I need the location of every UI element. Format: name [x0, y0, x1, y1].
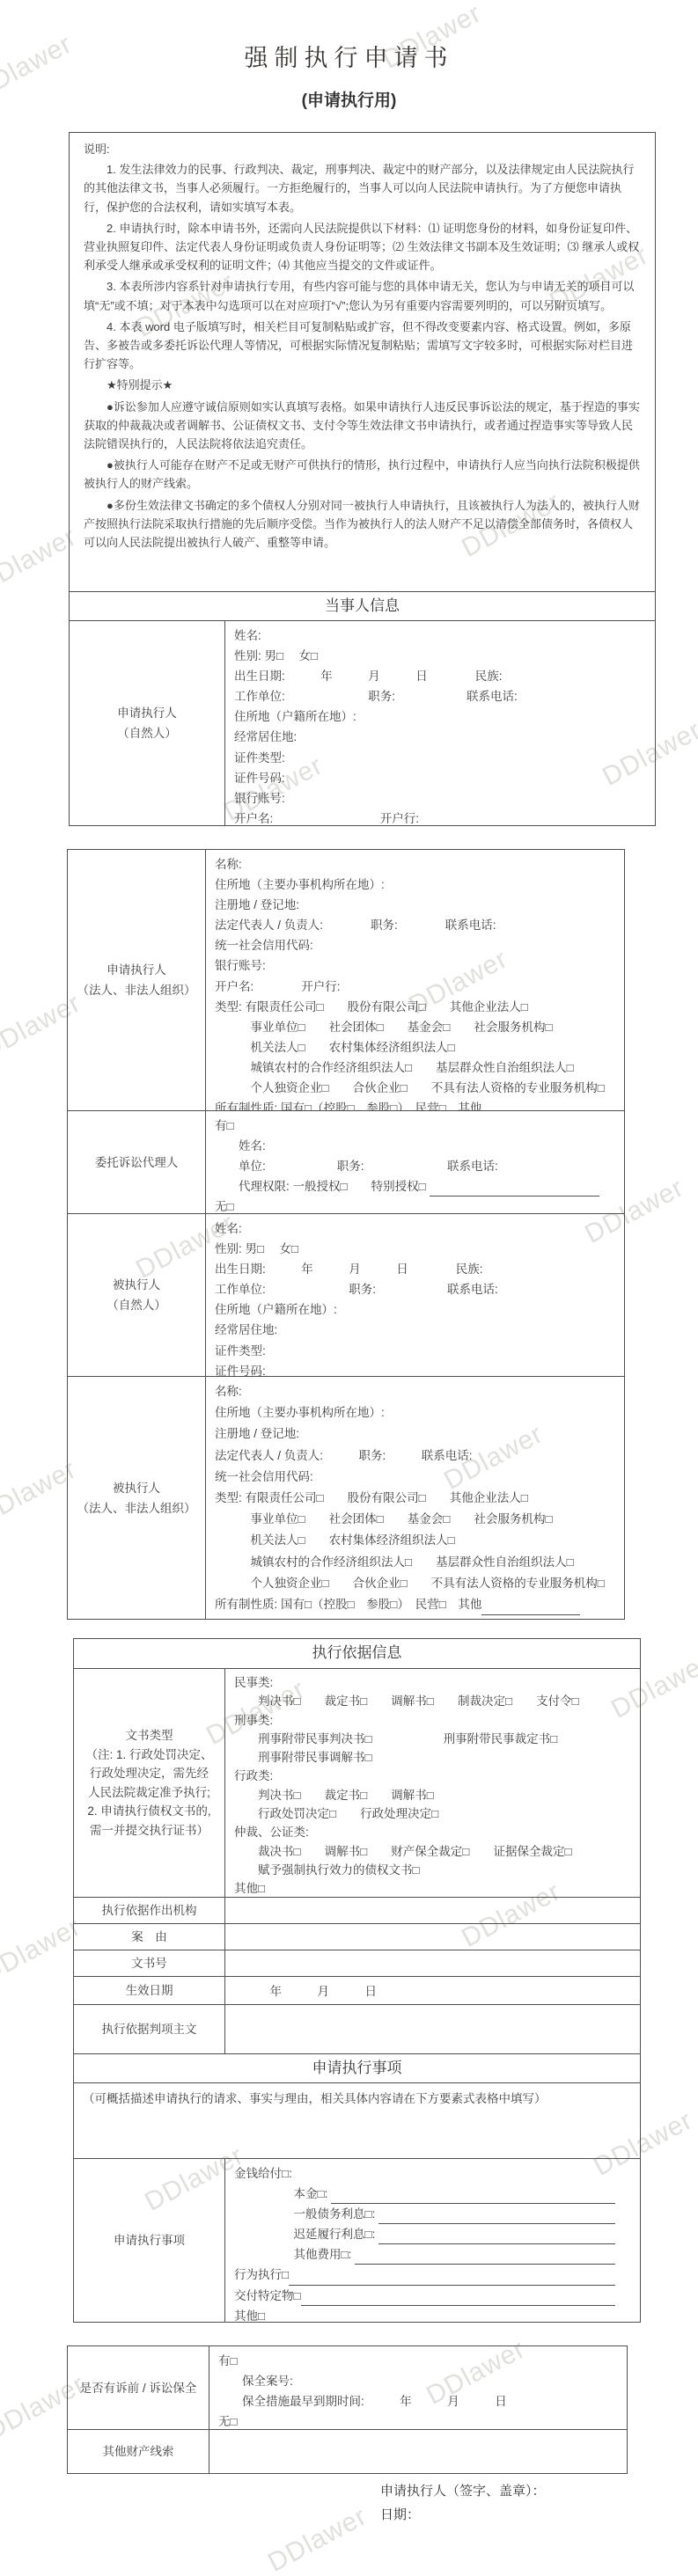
form-line-text: 行为执行□ — [234, 2265, 289, 2285]
form-line: 统一社会信用代码: — [215, 1467, 614, 1488]
form-line-text: 住所地（主要办事机构所在地）: — [215, 1402, 385, 1423]
agent-row: 委托诉讼代理人 有□ 姓名: 单位: 职务: 联系电话: 代理权限: 一般授权□… — [68, 1110, 624, 1213]
form-line-text: 被执行人 — [113, 1278, 160, 1292]
doc-number-label: 文书号 — [74, 1950, 225, 1976]
agent-label: 委托诉讼代理人 — [68, 1111, 206, 1213]
blank-underline — [481, 1104, 580, 1110]
form-line-text: 民事类: — [234, 1673, 273, 1692]
form-line: 法定代表人 / 负责人: 职务: 联系电话: — [215, 1445, 614, 1467]
items-fields: 金钱给付□: 本金□: 一般债务利息□: 迟延履行利息□: 其他费用□: 行为执… — [225, 2159, 640, 2322]
form-line: 刑事附带民事调解书□ — [234, 1748, 629, 1767]
form-line-text: 保全案号: — [218, 2371, 293, 2391]
page-subtitle: (申请执行用) — [0, 87, 698, 111]
signature-date-line: 日期： — [380, 2503, 546, 2527]
form-line-text: 有□ — [218, 2351, 238, 2371]
form-line-text: 开户名: 开户行: — [215, 977, 341, 997]
preservation-label: 是否有诉前 / 诉讼保全 — [68, 2346, 209, 2429]
form-line: 法定代表人 / 负责人: 职务: 联系电话: — [215, 915, 614, 935]
form-line: 性别: 男□ 女□ — [215, 1239, 614, 1259]
respondent-corp-row: 被执行人（法人、非法人组织） 名称:住所地（主要办事机构所在地）:注册地 / 登… — [68, 1376, 624, 1619]
signature-block: 申请执行人（签字、盖章）： 日期： — [380, 2479, 546, 2527]
form-line: （法人、非法人组织） — [77, 980, 196, 1000]
form-line: 其他□ — [234, 2306, 629, 2322]
form-line-text: 性别: 男□ 女□ — [215, 1239, 298, 1259]
form-line-text: 经常居住地: — [215, 1320, 277, 1340]
form-line: 行政处理决定，需先经 — [90, 1764, 209, 1783]
form-line: 刑事附带民事判决书□ 刑事附带民事裁定书□ — [234, 1730, 629, 1748]
form-line-text: 申请执行人 — [107, 963, 166, 977]
form-line: 工作单位: 职务: 联系电话: — [215, 1279, 614, 1299]
form-line-text: 保全措施最早到期时间: 年 月 日 — [218, 2391, 507, 2411]
form-line: 迟延履行利息□: — [234, 2224, 629, 2244]
form-line: 行为执行□ — [234, 2265, 629, 2285]
form-line: 申请执行人 — [117, 703, 177, 723]
form-line: 姓名: — [215, 1218, 614, 1239]
effective-date-value: 年 月 日 — [225, 1977, 640, 2004]
blank-underline — [378, 2210, 615, 2225]
form-line: （法人、非法人组织） — [77, 1498, 196, 1519]
issuing-authority-label: 执行依据作出机构 — [74, 1898, 225, 1923]
form-line: 出生日期: 年 月 日 民族: — [215, 1259, 614, 1279]
form-line: 保全措施最早到期时间: 年 月 日 — [218, 2391, 616, 2411]
cause-value — [225, 1924, 640, 1950]
instruction-paragraph: ●被执行人可能存在财产不足或无财产可供执行的情形，执行过程中，申请执行人应当向执… — [84, 456, 642, 493]
form-line: 证件号码: — [215, 1361, 614, 1376]
form-line-text: 开户名: 开户行: — [234, 809, 419, 825]
form-line-text: 注册地 / 登记地: — [215, 1423, 299, 1445]
basis-header: 执行依据信息 — [74, 1639, 640, 1668]
property-clues-row: 其他财产线索 — [68, 2429, 627, 2473]
form-line-text: 证件类型: — [215, 1341, 266, 1361]
form-line-text: 统一社会信用代码: — [215, 935, 313, 955]
instructions-heading: 说明: — [84, 140, 642, 158]
form-line-text: 判决书□ 裁定书□ 调解书□ 制裁决定□ 支付令□ — [234, 1692, 579, 1710]
form-line: 无□ — [218, 2411, 616, 2429]
form-line: 事业单位□ 社会团体□ 基金会□ 社会服务机构□ — [215, 1509, 614, 1530]
form-line: 证件类型: — [234, 748, 644, 768]
form-line-text: 其他费用□: — [234, 2244, 355, 2265]
issuing-authority-value — [225, 1898, 640, 1923]
form-line-text: 机关法人□ 农村集体经济组织法人□ — [215, 1530, 455, 1551]
blank-underline — [481, 1601, 580, 1616]
cause-label: 案 由 — [74, 1924, 225, 1950]
form-line: （自然人） — [107, 1295, 166, 1315]
party-info-table: 说明: 1. 发生法律效力的民事、行政判决、裁定，刑事判决、裁定中的财产部分，以… — [69, 132, 656, 826]
form-line-text: 金钱给付□: — [234, 2163, 292, 2184]
form-line-text: 申请执行人 — [117, 706, 177, 720]
blank-underline — [355, 2250, 615, 2265]
signature-line: 申请执行人（签字、盖章）： — [380, 2479, 546, 2503]
form-line-text: 个人独资企业□ 合伙企业□ 不具有法人资格的专业服务机构□ — [215, 1573, 605, 1594]
blank-underline — [268, 1884, 615, 1897]
respondent-corp-fields: 名称:住所地（主要办事机构所在地）:注册地 / 登记地:法定代表人 / 负责人:… — [206, 1377, 624, 1619]
form-line-text: 类型: 有限责任公司□ 股份有限公司□ 其他企业法人□ — [215, 997, 528, 1017]
form-line: 城镇农村的合作经济组织法人□ 基层群众性自治组织法人□ — [215, 1057, 614, 1078]
form-line-text: 类型: 有限责任公司□ 股份有限公司□ 其他企业法人□ — [215, 1488, 528, 1509]
items-note: （可概括描述申请执行的请求、事实与理由，相关具体内容请在下方要素式表格中填写） — [74, 2082, 640, 2158]
form-line-text: 住所地（主要办事机构所在地）: — [215, 875, 385, 895]
form-line-text: 注册地 / 登记地: — [215, 895, 299, 915]
form-line: 代理权限: 一般授权□ 特别授权□ — [215, 1176, 614, 1197]
form-line: 名称: — [215, 1381, 614, 1402]
form-line: 有□ — [218, 2351, 616, 2371]
page-title: 强制执行申请书 — [0, 39, 698, 73]
form-line: 赋予强制执行效力的债权文书□ — [234, 1861, 629, 1879]
form-line: 被执行人 — [113, 1275, 160, 1295]
form-line-text: 刑事附带民事调解书□ — [234, 1748, 372, 1767]
blank-underline — [301, 2291, 615, 2306]
form-line-text: 工作单位: 职务: 联系电话: — [234, 686, 518, 706]
form-line: 注册地 / 登记地: — [215, 1423, 614, 1445]
form-line-text: 名称: — [215, 854, 242, 875]
form-line: 保全案号: — [218, 2371, 616, 2391]
effective-date-label: 生效日期 — [74, 1977, 225, 2004]
form-line: 住所地（主要办事机构所在地）: — [215, 1402, 614, 1423]
form-line: 仲裁、公证类: — [234, 1823, 629, 1841]
form-line: 申请执行人 — [107, 960, 166, 980]
form-line-text: 人民法院裁定准予执行; — [88, 1786, 210, 1799]
form-line-text: 行政处罚决定□ 行政处理决定□ — [234, 1804, 438, 1823]
form-content: 强制执行申请书 (申请执行用) 说明: 1. 发生法律效力的民事、行政判决、裁定… — [0, 0, 698, 2576]
basis-table: 执行依据信息 文书类型（注: 1. 行政处罚决定、行政处理决定，需先经人民法院裁… — [73, 1638, 641, 2323]
form-line: 无□ — [215, 1197, 614, 1213]
form-line-text: 证件类型: — [234, 748, 285, 768]
form-line: 城镇农村的合作经济组织法人□ 基层群众性自治组织法人□ — [215, 1552, 614, 1573]
blank-underline — [378, 2230, 615, 2245]
form-line-text: 仲裁、公证类: — [234, 1823, 309, 1841]
respondent-natural-row: 被执行人（自然人） 姓名:性别: 男□ 女□出生日期: 年 月 日 民族:工作单… — [68, 1213, 624, 1376]
form-line: 类型: 有限责任公司□ 股份有限公司□ 其他企业法人□ — [215, 1488, 614, 1509]
doc-type-row: 文书类型（注: 1. 行政处罚决定、行政处理决定，需先经人民法院裁定准予执行;2… — [74, 1668, 640, 1897]
form-line: 姓名: — [234, 626, 644, 646]
form-line-text: （法人、非法人组织） — [77, 1502, 196, 1515]
form-line: 银行账号: — [234, 788, 644, 809]
form-line: 行政类: — [234, 1767, 629, 1785]
form-line-text: 赋予强制执行效力的债权文书□ — [234, 1861, 420, 1879]
form-line-text: 出生日期: 年 月 日 民族: — [215, 1259, 483, 1279]
form-line-text: 银行账号: — [234, 788, 285, 809]
respondent-corp-label: 被执行人（法人、非法人组织） — [68, 1377, 206, 1619]
preservation-fields: 有□ 保全案号: 保全措施最早到期时间: 年 月 日无□ — [209, 2346, 627, 2429]
form-line-text: 出生日期: 年 月 日 民族: — [234, 666, 503, 686]
blank-underline — [430, 1182, 599, 1197]
form-line-text: 无□ — [218, 2411, 238, 2429]
form-line: 类型: 有限责任公司□ 股份有限公司□ 其他企业法人□ — [215, 997, 614, 1017]
form-line: 银行账号: — [215, 955, 614, 976]
applicant-corp-label: 申请执行人（法人、非法人组织） — [68, 850, 206, 1110]
form-line-text: 交付特定物□ — [234, 2286, 301, 2306]
respondent-natural-label: 被执行人（自然人） — [68, 1214, 206, 1376]
form-line: 文书类型 — [126, 1726, 173, 1745]
application-form-page: DDlawerDDlawerDDlawerDDlawerDDlawerDDlaw… — [0, 0, 698, 2576]
form-line-text: 被执行人 — [113, 1482, 160, 1495]
instruction-paragraph: 3. 本表所涉内容系针对申请执行专用，有些内容可能与您的具体申请无关，您认为与申… — [84, 277, 642, 314]
form-line: 人民法院裁定准予执行; — [88, 1783, 210, 1803]
property-clues-label: 其他财产线索 — [68, 2430, 209, 2473]
judgment-text-row: 执行依据判项主文 — [74, 2004, 640, 2053]
form-line-text: 代理权限: 一般授权□ 特别授权□ — [215, 1176, 430, 1197]
form-line-text: （自然人） — [117, 727, 177, 740]
judgment-text-label: 执行依据判项主文 — [74, 2005, 225, 2053]
form-line: 经常居住地: — [215, 1320, 614, 1340]
form-line: 刑事类: — [234, 1711, 629, 1730]
items-label: 申请执行事项 — [74, 2159, 225, 2322]
form-line: 性别: 男□ 女□ — [234, 646, 644, 666]
form-line-text: 所有制性质: 国有□（控股□ 参股□） 民营□ 其他 — [215, 1098, 481, 1110]
form-line: 裁决书□ 调解书□ 财产保全裁定□ 证据保全裁定□ — [234, 1842, 629, 1861]
form-line-text: 名称: — [215, 1381, 242, 1402]
doc-type-label: 文书类型（注: 1. 行政处罚决定、行政处理决定，需先经人民法院裁定准予执行;2… — [74, 1669, 225, 1897]
form-line: 需一并提交执行证书） — [90, 1821, 209, 1841]
form-line-text: 2. 申请执行债权文书的, — [87, 1804, 210, 1818]
instruction-paragraph: ●诉讼参加人应遵守诚信原则如实认真填写表格。如果申请执行人违反民事诉讼法的规定，… — [84, 398, 642, 454]
form-line-text: 性别: 男□ 女□ — [234, 646, 318, 666]
form-line-text: 需一并提交执行证书） — [90, 1824, 209, 1837]
applicant-corp-fields: 名称:住所地（主要办事机构所在地）:注册地 / 登记地:法定代表人 / 负责人:… — [206, 850, 624, 1110]
form-line: 证件类型: — [215, 1341, 614, 1361]
instruction-paragraph: 4. 本表 word 电子版填写时，相关栏目可复制粘贴或扩容，但不得改变要素内容… — [84, 318, 642, 374]
form-line: 行政处罚决定□ 行政处理决定□ — [234, 1804, 629, 1823]
form-line: 统一社会信用代码: — [215, 935, 614, 955]
doc-number-value — [225, 1950, 640, 1976]
doc-type-options: 民事类: 判决书□ 裁定书□ 调解书□ 制裁决定□ 支付令□刑事类: 刑事附带民… — [225, 1669, 640, 1897]
form-line: 出生日期: 年 月 日 民族: — [234, 666, 644, 686]
form-line-text: （自然人） — [107, 1299, 166, 1312]
form-line-text: 法定代表人 / 负责人: 职务: 联系电话: — [215, 915, 496, 935]
form-line-text: 城镇农村的合作经济组织法人□ 基层群众性自治组织法人□ — [215, 1552, 574, 1573]
form-line-text: 所有制性质: 国有□（控股□ 参股□） 民营□ 其他 — [215, 1594, 481, 1615]
form-line-text: 工作单位: 职务: 联系电话: — [215, 1279, 498, 1299]
form-line: （自然人） — [117, 723, 177, 743]
instruction-paragraph: 2. 申请执行时，除本申请书外，还需向人民法院提供以下材料：⑴ 证明您身份的材料… — [84, 219, 642, 275]
form-line: 一般债务利息□: — [234, 2204, 629, 2224]
form-line: 所有制性质: 国有□（控股□ 参股□） 民营□ 其他 — [215, 1098, 614, 1110]
party-info-header: 当事人信息 — [70, 591, 655, 620]
form-line: 开户名: 开户行: — [215, 977, 614, 997]
form-line-text: （法人、非法人组织） — [77, 984, 196, 997]
instructions-paragraphs: 1. 发生法律效力的民事、行政判决、裁定，刑事判决、裁定中的财产部分，以及法律规… — [84, 160, 642, 552]
form-line: 个人独资企业□ 合伙企业□ 不具有法人资格的专业服务机构□ — [215, 1573, 614, 1594]
form-line: 交付特定物□ — [234, 2286, 629, 2306]
form-line-text: 银行账号: — [215, 955, 266, 976]
form-line: 名称: — [215, 854, 614, 875]
form-line: 民事类: — [234, 1673, 629, 1692]
form-line-text: 单位: 职务: 联系电话: — [215, 1156, 498, 1176]
effective-date-row: 生效日期 年 月 日 — [74, 1976, 640, 2004]
form-line-text: 姓名: — [234, 626, 261, 646]
form-line: 有□ — [215, 1116, 614, 1136]
form-line-text: 证件号码: — [234, 768, 285, 788]
respondent-natural-fields: 姓名:性别: 男□ 女□出生日期: 年 月 日 民族:工作单位: 职务: 联系电… — [206, 1214, 624, 1376]
judgment-text-value — [225, 2005, 640, 2053]
form-line-text: 委托诉讼代理人 — [95, 1156, 179, 1169]
instruction-paragraph: ●多份生效法律文书确定的多个债权人分别对同一被执行人申请执行，且该被执行人为法人… — [84, 496, 642, 553]
form-line: 机关法人□ 农村集体经济组织法人□ — [215, 1037, 614, 1057]
form-line-text: 证件号码: — [215, 1361, 266, 1376]
form-line: 单位: 职务: 联系电话: — [215, 1156, 614, 1176]
form-line-text: 刑事类: — [234, 1711, 273, 1730]
form-line-text: 个人独资企业□ 合伙企业□ 不具有法人资格的专业服务机构□ — [215, 1078, 605, 1098]
form-line: 判决书□ 裁定书□ 调解书□ — [234, 1786, 629, 1804]
form-line: 开户名: 开户行: — [234, 809, 644, 825]
form-line: 所有制性质: 国有□（控股□ 参股□） 民营□ 其他 — [215, 1594, 614, 1615]
blank-underline — [331, 2190, 615, 2205]
form-line-text: 行政类: — [234, 1767, 273, 1785]
form-line-text: 刑事附带民事判决书□ 刑事附带民事裁定书□ — [234, 1730, 557, 1748]
instructions-box: 说明: 1. 发生法律效力的民事、行政判决、裁定，刑事判决、裁定中的财产部分，以… — [70, 133, 655, 591]
form-line: （注: 1. 行政处罚决定、 — [85, 1745, 212, 1765]
blank-underline — [289, 2271, 615, 2286]
blank-underline — [265, 2311, 615, 2322]
form-line: 其他□ — [234, 1879, 629, 1897]
form-line: 住所地（主要办事机构所在地）: — [215, 875, 614, 895]
form-line: 经常居住地: — [234, 727, 644, 747]
form-line-text: 裁决书□ 调解书□ 财产保全裁定□ 证据保全裁定□ — [234, 1842, 572, 1861]
agent-fields: 有□ 姓名: 单位: 职务: 联系电话: 代理权限: 一般授权□ 特别授权□ 无… — [206, 1111, 624, 1213]
items-header: 申请执行事项 — [74, 2053, 640, 2082]
form-line: 住所地（户籍所在地）: — [234, 706, 644, 727]
applicant-natural-fields: 姓名:性别: 男□ 女□出生日期: 年 月 日 民族:工作单位: 职务: 联系电… — [225, 621, 655, 825]
instruction-paragraph: ★特别提示★ — [84, 376, 642, 394]
form-line: 本金□: — [234, 2184, 629, 2204]
form-line-text: （注: 1. 行政处罚决定、 — [85, 1748, 212, 1761]
doc-number-row: 文书号 — [74, 1950, 640, 1976]
form-line-text: 无□ — [215, 1197, 234, 1213]
form-line: 事业单位□ 社会团体□ 基金会□ 社会服务机构□ — [215, 1017, 614, 1037]
issuing-authority-row: 执行依据作出机构 — [74, 1897, 640, 1923]
applicant-natural-label: 申请执行人（自然人） — [70, 621, 225, 825]
form-line: 证件号码: — [234, 768, 644, 788]
form-line-text: 本金□: — [234, 2184, 331, 2204]
form-line: 金钱给付□: — [234, 2163, 629, 2184]
form-line-text: 住所地（户籍所在地）: — [234, 706, 356, 727]
form-line-text: 法定代表人 / 负责人: 职务: 联系电话: — [215, 1445, 473, 1467]
form-line-text: 有□ — [215, 1116, 234, 1136]
form-line-text: 迟延履行利息□: — [234, 2224, 378, 2244]
form-line: 2. 申请执行债权文书的, — [87, 1802, 210, 1821]
form-line-text: 判决书□ 裁定书□ 调解书□ — [234, 1786, 434, 1804]
form-line-text: 姓名: — [215, 1218, 242, 1239]
parties-table: 申请执行人（法人、非法人组织） 名称:住所地（主要办事机构所在地）:注册地 / … — [67, 849, 625, 1620]
form-line-text: 机关法人□ 农村集体经济组织法人□ — [215, 1037, 455, 1057]
property-clues-value — [209, 2430, 627, 2473]
form-line-text: 姓名: — [215, 1136, 266, 1156]
instruction-paragraph: 1. 发生法律效力的民事、行政判决、裁定，刑事判决、裁定中的财产部分，以及法律规… — [84, 160, 642, 216]
form-line: 其他费用□: — [234, 2244, 629, 2265]
form-line: 姓名: — [215, 1136, 614, 1156]
cause-row: 案 由 — [74, 1923, 640, 1950]
form-line-text: 一般债务利息□: — [234, 2204, 378, 2224]
form-line-text: 统一社会信用代码: — [215, 1467, 313, 1488]
form-line-text: 城镇农村的合作经济组织法人□ 基层群众性自治组织法人□ — [215, 1057, 574, 1078]
preservation-table: 是否有诉前 / 诉讼保全 有□ 保全案号: 保全措施最早到期时间: 年 月 日无… — [67, 2345, 628, 2474]
applicant-natural-row: 申请执行人（自然人） 姓名:性别: 男□ 女□出生日期: 年 月 日 民族:工作… — [70, 620, 655, 825]
form-line-text: 文书类型 — [126, 1729, 173, 1742]
preservation-row: 是否有诉前 / 诉讼保全 有□ 保全案号: 保全措施最早到期时间: 年 月 日无… — [68, 2346, 627, 2429]
form-line-text: 住所地（户籍所在地）: — [215, 1299, 337, 1320]
form-line: 工作单位: 职务: 联系电话: — [234, 686, 644, 706]
form-line-text: 事业单位□ 社会团体□ 基金会□ 社会服务机构□ — [215, 1017, 553, 1037]
form-line-text: 其他□ — [234, 1879, 268, 1897]
form-line: 委托诉讼代理人 — [95, 1153, 179, 1173]
form-line: 住所地（户籍所在地）: — [215, 1299, 614, 1320]
form-line: 判决书□ 裁定书□ 调解书□ 制裁决定□ 支付令□ — [234, 1692, 629, 1710]
applicant-corp-row: 申请执行人（法人、非法人组织） 名称:住所地（主要办事机构所在地）:注册地 / … — [68, 850, 624, 1110]
items-row: 申请执行事项 金钱给付□: 本金□: 一般债务利息□: 迟延履行利息□: 其他费… — [74, 2158, 640, 2322]
form-line: 个人独资企业□ 合伙企业□ 不具有法人资格的专业服务机构□ — [215, 1078, 614, 1098]
form-line-text: 经常居住地: — [234, 727, 297, 747]
form-line-text: 行政处理决定，需先经 — [90, 1767, 209, 1780]
form-line: 被执行人 — [113, 1478, 160, 1498]
form-line: 注册地 / 登记地: — [215, 895, 614, 915]
form-line: 机关法人□ 农村集体经济组织法人□ — [215, 1530, 614, 1551]
form-line-text: 事业单位□ 社会团体□ 基金会□ 社会服务机构□ — [215, 1509, 553, 1530]
form-line-text: 其他□ — [234, 2306, 265, 2322]
